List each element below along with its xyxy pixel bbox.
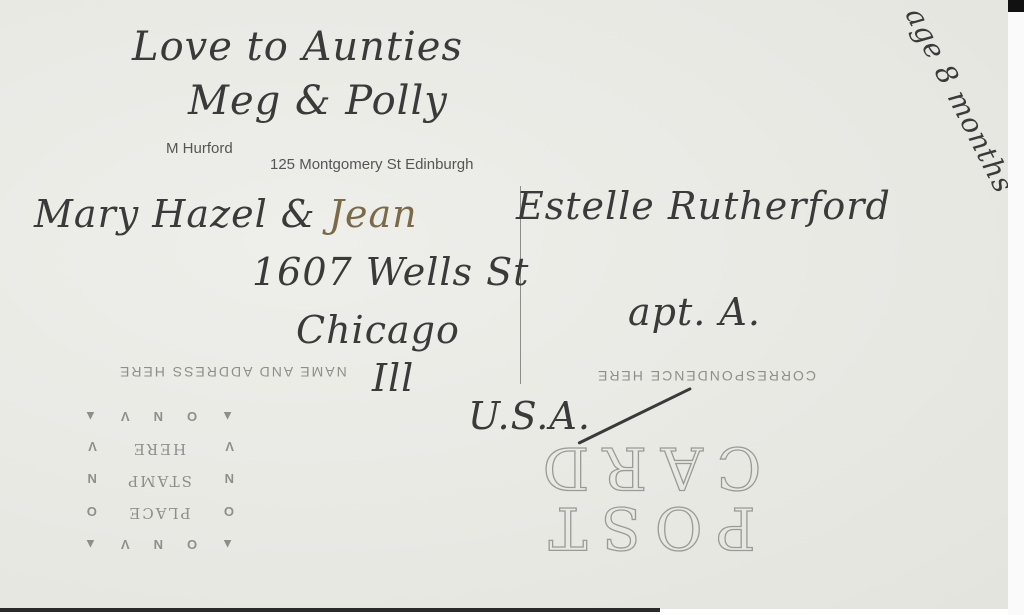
recipient-name-part-1: Mary Hazel & Jean [34, 192, 418, 236]
pencil-sender-address: 125 Montgomery St Edinburgh [270, 156, 473, 173]
scanner-background [1008, 0, 1024, 615]
scanner-corner-shadow [1008, 0, 1024, 12]
recipient-mary-hazel: Mary Hazel & [34, 192, 329, 236]
stamp-border-top: ▲ONV▲ [84, 537, 234, 552]
recipient-name-part-2: Estelle Rutherford [516, 184, 891, 228]
state: Ill [372, 356, 414, 400]
pencil-sender-name: M Hurford [166, 140, 233, 157]
stamp-border-left: ▲ONV▲ [221, 406, 234, 552]
country: U.S.A. [468, 394, 591, 438]
postcard-back: POST CARD NAME AND ADDRESS HERE CORRESPO… [0, 0, 1008, 609]
printed-correspondence-label: CORRESPONDENCE HERE [596, 368, 816, 384]
printed-address-label: NAME AND ADDRESS HERE [118, 364, 347, 380]
stamp-text-here: HERE [114, 440, 204, 458]
stamp-placement-box: ▲ONV▲ ▲ONV▲ ▲ONV▲ ▲ONV▲ PLACE STAMP HERE [84, 406, 234, 552]
printed-post-card-title: POST CARD [410, 498, 880, 558]
card-bottom-edge-shadow [0, 608, 660, 612]
greeting-line-2: Meg & Polly [188, 78, 448, 124]
greeting-line-1: Love to Aunties [132, 24, 463, 70]
recipient-jean: Jean [329, 192, 418, 236]
stamp-border-bottom: ▲ONV▲ [84, 409, 234, 424]
street-address: 1607 Wells St [252, 250, 529, 294]
stamp-border-right: ▲ONV▲ [84, 406, 97, 552]
stamp-text-stamp: STAMP [114, 472, 204, 490]
stamp-text-place: PLACE [114, 504, 204, 522]
margin-note-age: age 8 months [899, 2, 1008, 199]
apartment: apt. A. [628, 290, 761, 334]
city: Chicago [296, 308, 460, 352]
